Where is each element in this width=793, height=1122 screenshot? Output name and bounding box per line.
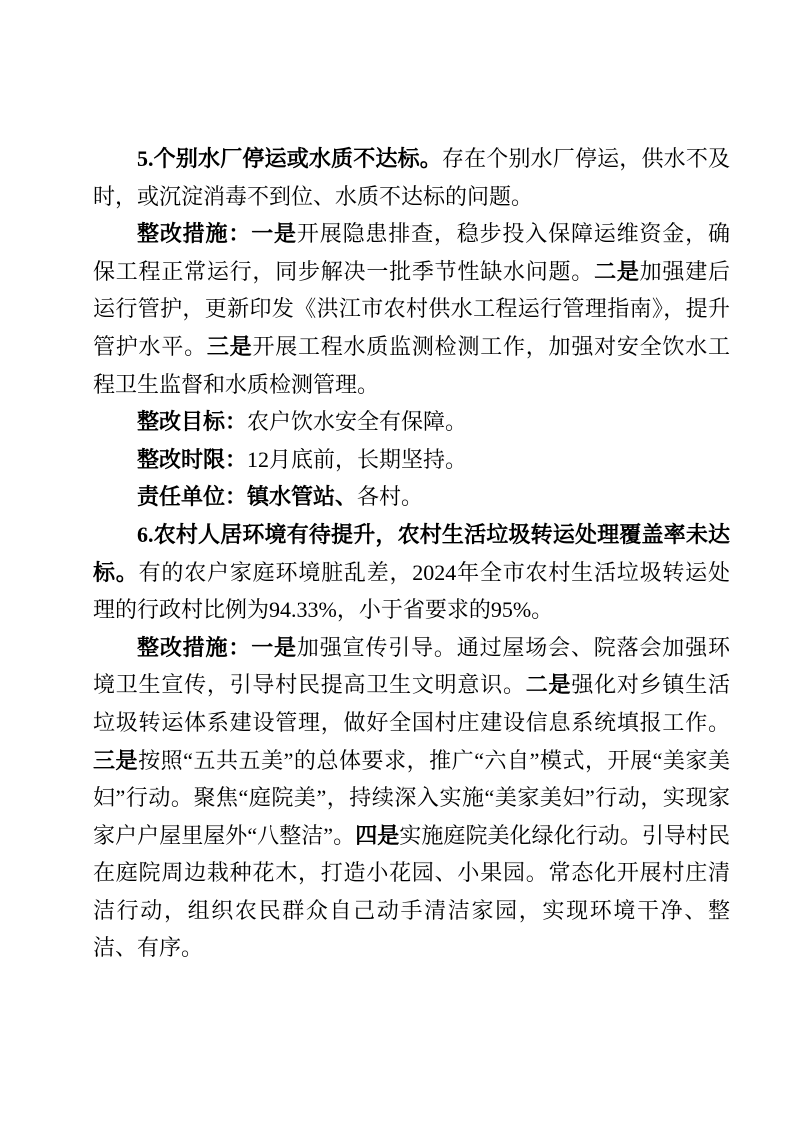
measures-5-lead-1: 一是 [251, 221, 297, 246]
measures-6-lead-1: 一是 [251, 635, 297, 660]
deadline-5-text: 12月底前，长期坚持。 [247, 447, 467, 472]
paragraph-issue-5: 5.个别水厂停运或水质不达标。存在个别水厂停运，供水不及时，或沉淀消毒不到位、水… [93, 140, 730, 215]
measures-6-lead-3: 三是 [93, 748, 138, 773]
deadline-5-label: 整改时限： [137, 447, 247, 472]
document-body: 5.个别水厂停运或水质不达标。存在个别水厂停运，供水不及时，或沉淀消毒不到位、水… [93, 140, 730, 967]
paragraph-goal-5: 整改目标：农户饮水安全有保障。 [93, 403, 730, 441]
measures-6-lead-4: 四是 [355, 823, 399, 848]
measures-5-label: 整改措施： [137, 221, 251, 246]
goal-5-text: 农户饮水安全有保障。 [247, 409, 467, 434]
goal-5-label: 整改目标： [137, 409, 247, 434]
paragraph-measures-5: 整改措施：一是开展隐患排查，稳步投入保障运维资金，确保工程正常运行，同步解决一批… [93, 215, 730, 403]
measures-5-lead-3: 三是 [207, 334, 253, 359]
responsible-5-label: 责任单位：镇水管站、 [137, 484, 357, 509]
issue-6-description: 有的农户家庭环境脏乱差，2024年全市农村生活垃圾转运处理的行政村比例为94.3… [93, 560, 730, 623]
measures-6-label: 整改措施： [137, 635, 251, 660]
measures-6-lead-2: 二是 [526, 672, 572, 697]
paragraph-issue-6: 6.农村人居环境有待提升，农村生活垃圾转运处理覆盖率未达标。有的农户家庭环境脏乱… [93, 516, 730, 629]
document-page: 5.个别水厂停运或水质不达标。存在个别水厂停运，供水不及时，或沉淀消毒不到位、水… [0, 0, 793, 1122]
responsible-5-text: 各村。 [357, 484, 423, 509]
paragraph-deadline-5: 整改时限：12月底前，长期坚持。 [93, 441, 730, 479]
paragraph-measures-6: 整改措施：一是加强宣传引导。通过屋场会、院落会加强环境卫生宣传，引导村民提高卫生… [93, 629, 730, 967]
paragraph-responsible-5: 责任单位：镇水管站、各村。 [93, 478, 730, 516]
issue-5-heading: 5.个别水厂停运或水质不达标。 [137, 146, 442, 171]
measures-5-lead-2: 二是 [594, 259, 640, 284]
